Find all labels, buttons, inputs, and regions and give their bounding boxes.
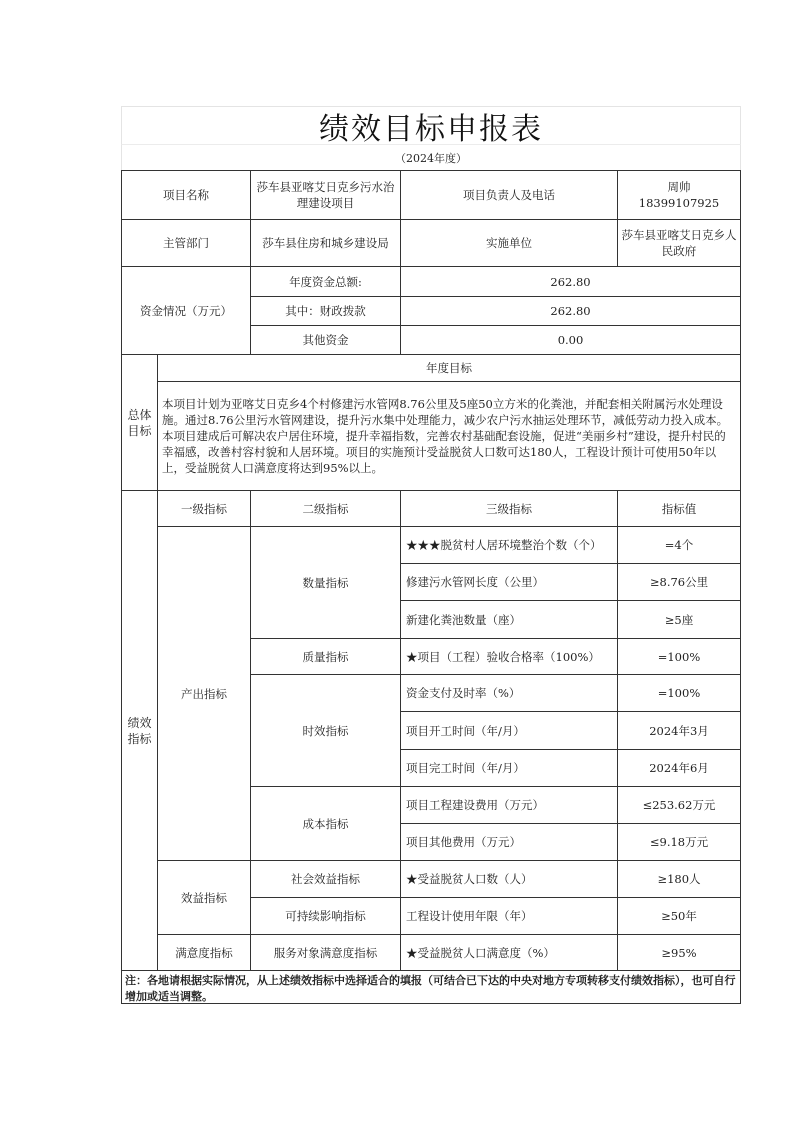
owner-label: 项目负责人及电话 (400, 170, 618, 220)
project-name-value: 莎车县亚喀艾日克乡污水治理建设项目 (250, 170, 401, 220)
header-level2: 二级指标 (250, 490, 401, 527)
indicator-value: ≥5座 (617, 600, 741, 639)
form-year: （2024年度） (121, 145, 741, 170)
level2-timeliness: 时效指标 (250, 674, 401, 787)
indicators-label: 绩效指标 (121, 490, 158, 971)
goal-header: 年度目标 (157, 354, 741, 382)
owner-phone: 18399107925 (639, 195, 719, 211)
funding-label: 资金情况（万元） (121, 266, 251, 355)
indicator-name: 工程设计使用年限（年） (400, 897, 618, 935)
goal-text: 本项目计划为亚喀艾日克乡4个村修建污水管网8.76公里及5座50立方米的化粪池，… (157, 381, 741, 491)
project-name-label: 项目名称 (121, 170, 251, 220)
level1-output: 产出指标 (157, 526, 251, 861)
level2-quality: 质量指标 (250, 638, 401, 675)
level2-sustainable: 可持续影响指标 (250, 897, 401, 935)
owner-name: 周帅 (668, 179, 691, 195)
funding-fiscal-label: 其中：财政拨款 (250, 296, 401, 326)
funding-total-label: 年度资金总额: (250, 266, 401, 297)
funding-fiscal-value: 262.80 (400, 296, 741, 326)
indicator-name: 项目工程建设费用（万元） (400, 786, 618, 824)
header-value: 指标值 (617, 490, 741, 527)
indicator-name: 新建化粪池数量（座） (400, 600, 618, 639)
form-title: 绩效目标申报表 (121, 106, 741, 145)
level2-service-satisfaction: 服务对象满意度指标 (250, 934, 401, 971)
indicator-value: ≥50年 (617, 897, 741, 935)
funding-total-value: 262.80 (400, 266, 741, 297)
indicator-value: 2024年3月 (617, 711, 741, 750)
indicator-name: ★★★脱贫村人居环境整治个数（个） (400, 526, 618, 564)
indicator-value: ≥180人 (617, 860, 741, 898)
footnote: 注：各地请根据实际情况，从上述绩效指标中选择适合的填报（可结合已下达的中央对地方… (121, 970, 741, 1004)
indicator-value: =100% (617, 674, 741, 712)
header-level3: 三级指标 (400, 490, 618, 527)
dept-label: 主管部门 (121, 219, 251, 267)
indicator-value: ≥8.76公里 (617, 563, 741, 601)
level2-quantity: 数量指标 (250, 526, 401, 639)
level2-cost: 成本指标 (250, 786, 401, 861)
impl-label: 实施单位 (400, 219, 618, 267)
impl-value: 莎车县亚喀艾日克乡人民政府 (617, 219, 741, 267)
goal-label: 总体目标 (121, 354, 158, 491)
indicator-value: 2024年6月 (617, 749, 741, 787)
indicator-name: ★项目（工程）验收合格率（100%） (400, 638, 618, 675)
level2-social: 社会效益指标 (250, 860, 401, 898)
indicator-value: ≤9.18万元 (617, 823, 741, 861)
dept-value: 莎车县住房和城乡建设局 (250, 219, 401, 267)
header-level1: 一级指标 (157, 490, 251, 527)
indicator-value: =100% (617, 638, 741, 675)
indicator-name: ★受益脱贫人口满意度（%） (400, 934, 618, 971)
owner-value: 周帅 18399107925 (617, 170, 741, 220)
indicator-value: ≥95% (617, 934, 741, 971)
indicator-name: 修建污水管网长度（公里） (400, 563, 618, 601)
indicator-value: =4个 (617, 526, 741, 564)
indicator-name: ★受益脱贫人口数（人） (400, 860, 618, 898)
indicator-name: 项目开工时间（年/月） (400, 711, 618, 750)
level1-benefit: 效益指标 (157, 860, 251, 935)
indicator-name: 项目其他费用（万元） (400, 823, 618, 861)
funding-other-value: 0.00 (400, 325, 741, 355)
indicator-name: 资金支付及时率（%） (400, 674, 618, 712)
indicator-value: ≤253.62万元 (617, 786, 741, 824)
funding-other-label: 其他资金 (250, 325, 401, 355)
indicator-name: 项目完工时间（年/月） (400, 749, 618, 787)
level1-satisfaction: 满意度指标 (157, 934, 251, 971)
